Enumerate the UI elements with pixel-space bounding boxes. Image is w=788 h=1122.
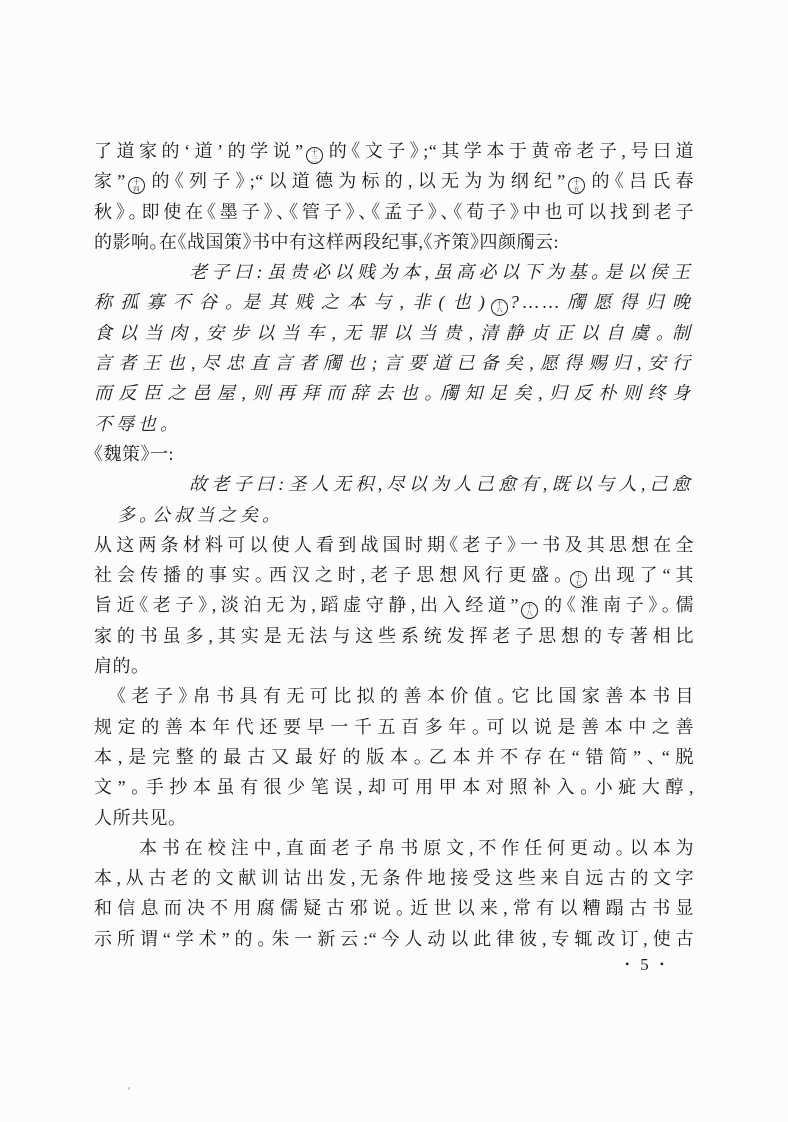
page-number-right-dot: •	[660, 958, 664, 970]
text-line: 的影响。在《战国策》书中有这样两段纪事,《齐策》四颜斶云:	[94, 227, 694, 257]
text-line: 《魏策》一:	[94, 439, 694, 469]
text-run: 示所谓“学术”的。朱一新云:“今人动以此律彼,专辄改订,使古	[94, 929, 694, 949]
text-line: 《老子》帛书具有无可比拟的善本价值。它比国家善本书目	[94, 681, 694, 711]
text-line: 言者王也,尽忠直言者斶也;言要道已备矣,愿得赐归,安行	[94, 348, 694, 378]
text-run: 社会传播的事实。西汉之时,老子思想风行更盛。	[94, 565, 568, 585]
footnote-marker: 十三	[306, 147, 323, 164]
footnote-marker: 十四	[128, 177, 145, 194]
text-run: 本书在校注中,直面老子帛书原文,不作任何更动。以本为	[139, 838, 694, 858]
text-run: 多。公叔当之矣。	[117, 505, 275, 525]
text-run: 《魏策》一:	[94, 444, 174, 464]
text-run: 本,是完整的最古又最好的版本。乙本并不存在“错简”、“脱	[94, 747, 694, 767]
text-line: 本,是完整的最古又最好的版本。乙本并不存在“错简”、“脱	[94, 742, 694, 772]
footnote-marker: 十八	[521, 602, 538, 619]
text-run: 故老子曰:圣人无积,尽以为人己愈有,既以与人,己愈	[189, 474, 694, 494]
text-line: 规定的善本年代还要早一千五百多年。可以说是善本中之善	[94, 712, 694, 742]
para-warring-states-spread: 从这两条材料可以使人看到战国时期《老子》一书及其思想在全社会传播的事实。西汉之时…	[94, 530, 694, 681]
text-run: 旨近《老子》,淡泊无为,蹈虚守静,出入经道”	[94, 595, 519, 615]
text-line: 老子曰:虽贵必以贱为本,虽高必以下为基。是以侯王	[94, 257, 694, 287]
text-run: 言者王也,尽忠直言者斶也;言要道已备矣,愿得赐归,安行	[94, 353, 694, 373]
text-run: ?……斶愿得归晚	[510, 292, 694, 312]
text-line: 家的书虽多,其实是无法与这些系统发挥老子思想的专著相比	[94, 621, 694, 651]
scan-artifact	[128, 1087, 130, 1090]
text-run: 家的书虽多,其实是无法与这些系统发挥老子思想的专著相比	[94, 626, 694, 646]
text-line: 示所谓“学术”的。朱一新云:“今人动以此律彼,专辄改订,使古	[94, 924, 694, 954]
text-run: 了道家的‘道’的学说”	[94, 141, 304, 161]
text-line: 社会传播的事实。西汉之时,老子思想风行更盛。十七出现了“其	[94, 560, 694, 590]
text-run: 从这两条材料可以使人看到战国时期《老子》一书及其思想在全	[94, 535, 694, 555]
text-run: 本,从古老的文献训诂出发,无条件地接受这些来自远古的文字	[94, 868, 694, 888]
text-line: 多。公叔当之矣。	[94, 500, 694, 530]
text-line: 从这两条材料可以使人看到战国时期《老子》一书及其思想在全	[94, 530, 694, 560]
text-line: 不辱也。	[94, 409, 694, 439]
text-line: 本书在校注中,直面老子帛书原文,不作任何更动。以本为	[94, 833, 694, 863]
text-run: 的《文子》;“其学本于黄帝老子,号曰道	[325, 141, 694, 161]
text-run: 人所共见。	[94, 808, 178, 828]
text-run: 不辱也。	[94, 414, 173, 434]
text-run: 的影响。在《战国策》书中有这样两段纪事,《齐策》四颜斶云:	[94, 232, 559, 252]
text-run: 的《淮南子》。儒	[540, 595, 694, 615]
quote-qi-ce: 老子曰:虽贵必以贱为本,虽高必以下为基。是以侯王称孤寡不谷。是其贱之本与,非(也…	[94, 257, 694, 439]
footnote-marker: 十五	[568, 177, 585, 194]
page-number: 5	[640, 956, 649, 973]
text-line: 家”十四的《列子》;“以道德为标的,以无为为纲纪”十五的《吕氏春	[94, 166, 694, 196]
quote-wei-ce: 故老子曰:圣人无积,尽以为人己愈有,既以与人,己愈多。公叔当之矣。	[94, 469, 694, 530]
text-run: 出现了“其	[589, 565, 694, 585]
text-line: 本,从古老的文献训诂出发,无条件地接受这些来自远古的文字	[94, 863, 694, 893]
text-line: 了道家的‘道’的学说”十三的《文子》;“其学本于黄帝老子,号曰道	[94, 136, 694, 166]
text-line: 旨近《老子》,淡泊无为,蹈虚守静,出入经道”十八的《淮南子》。儒	[94, 590, 694, 620]
text-run: 《老子》帛书具有无可比拟的善本价值。它比国家善本书目	[117, 686, 694, 706]
text-run: 规定的善本年代还要早一千五百多年。可以说是善本中之善	[94, 717, 694, 737]
footnote-marker: 十七	[570, 571, 587, 588]
page-number-left-dot: •	[625, 958, 629, 970]
text-line: 秋》。即使在《墨子》、《管子》、《孟子》、《荀子》中也可以找到老子	[94, 197, 694, 227]
text-block: 了道家的‘道’的学说”十三的《文子》;“其学本于黄帝老子,号曰道家”十四的《列子…	[94, 136, 694, 954]
book-page: 了道家的‘道’的学说”十三的《文子》;“其学本于黄帝老子,号曰道家”十四的《列子…	[0, 0, 788, 1122]
text-run: 食以当肉,安步以当车,无罪以当贵,清静贞正以自虞。制	[94, 323, 694, 343]
text-line: 食以当肉,安步以当车,无罪以当贵,清静贞正以自虞。制	[94, 318, 694, 348]
para-wei-ce-label: 《魏策》一:	[94, 439, 694, 469]
para-opening-continuation: 了道家的‘道’的学说”十三的《文子》;“其学本于黄帝老子,号曰道家”十四的《列子…	[94, 136, 694, 257]
text-run: 秋》。即使在《墨子》、《管子》、《孟子》、《荀子》中也可以找到老子	[94, 202, 694, 222]
text-run: 家”	[94, 171, 126, 191]
para-silk-manuscript-value: 《老子》帛书具有无可比拟的善本价值。它比国家善本书目规定的善本年代还要早一千五百…	[94, 681, 694, 832]
text-line: 故老子曰:圣人无积,尽以为人己愈有,既以与人,己愈	[94, 469, 694, 499]
text-run: 和信息而决不用腐儒疑古邪说。近世以来,常有以糟蹋古书显	[94, 898, 694, 918]
text-run: 的《吕氏春	[587, 171, 694, 191]
text-run: 肩的。	[94, 656, 141, 676]
text-line: 文”。手抄本虽有很少笔误,却可用甲本对照补入。小疵大醇,	[94, 772, 694, 802]
text-run: 而反臣之邑屋,则再拜而辞去也。斶知足矣,归反朴则终身	[94, 383, 694, 403]
page-footer: • 5 •	[625, 951, 664, 977]
text-run: 称孤寡不谷。是其贱之本与,非(也)	[94, 292, 489, 312]
text-line: 人所共见。	[94, 803, 694, 833]
para-collation-principle: 本书在校注中,直面老子帛书原文,不作任何更动。以本为本,从古老的文献训诂出发,无…	[94, 833, 694, 954]
text-line: 和信息而决不用腐儒疑古邪说。近世以来,常有以糟蹋古书显	[94, 893, 694, 923]
footnote-marker: 十六	[491, 299, 508, 316]
text-run: 的《列子》;“以道德为标的,以无为为纲纪”	[147, 171, 566, 191]
text-line: 而反臣之邑屋,则再拜而辞去也。斶知足矣,归反朴则终身	[94, 378, 694, 408]
text-run: 老子曰:虽贵必以贱为本,虽高必以下为基。是以侯王	[189, 262, 694, 282]
text-line: 称孤寡不谷。是其贱之本与,非(也)十六?……斶愿得归晚	[94, 287, 694, 317]
text-run: 文”。手抄本虽有很少笔误,却可用甲本对照补入。小疵大醇,	[94, 777, 694, 797]
text-line: 肩的。	[94, 651, 694, 681]
